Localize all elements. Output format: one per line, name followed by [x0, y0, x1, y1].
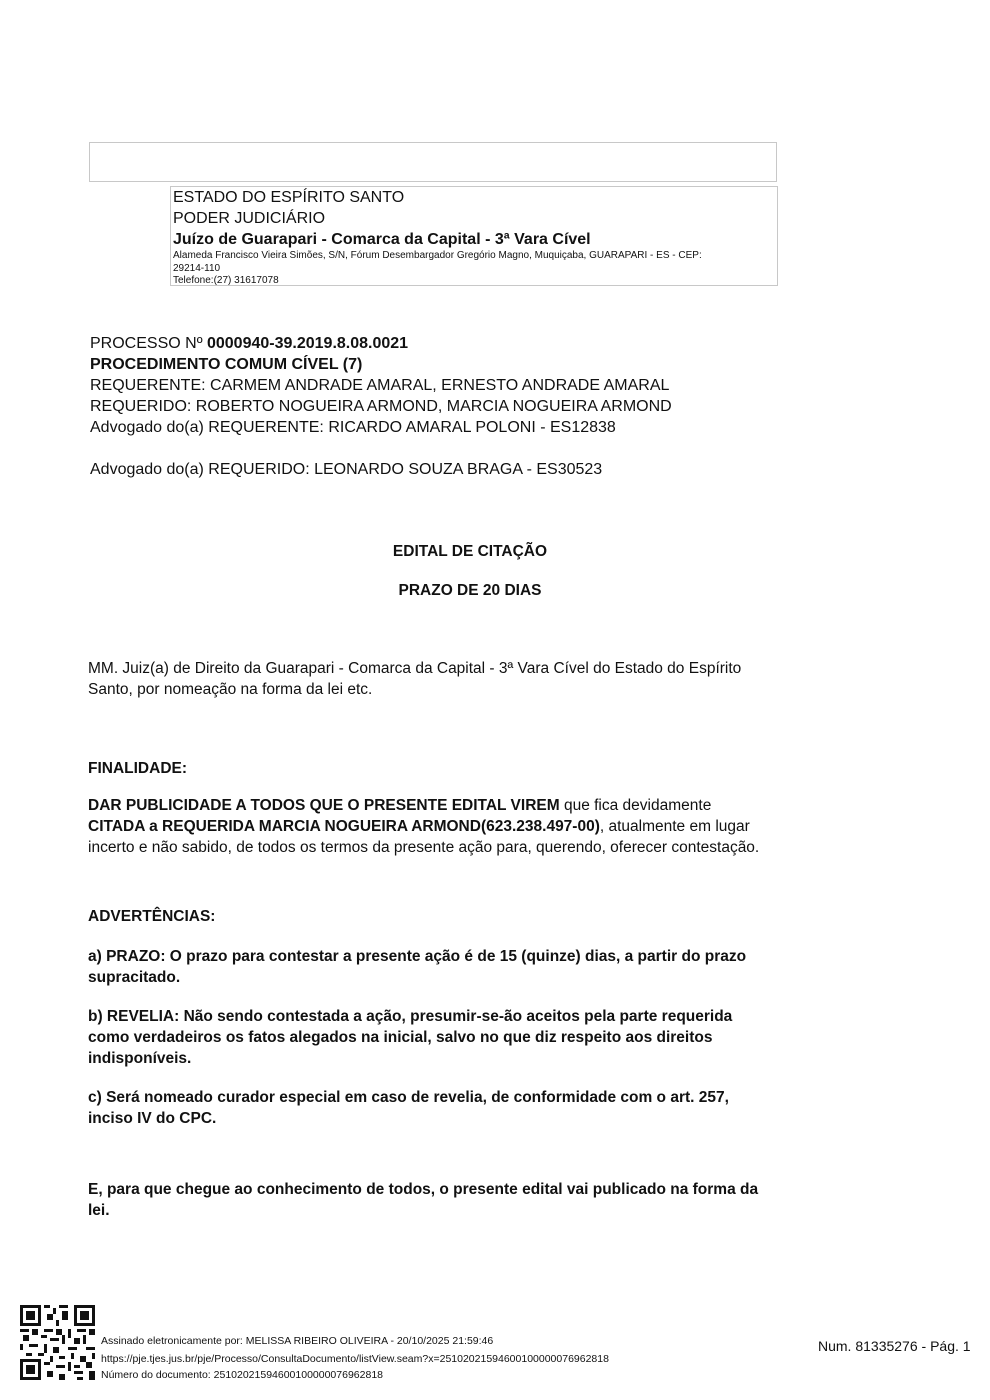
defendants: REQUERIDO: ROBERTO NOGUEIRA ARMOND, MARC… [90, 396, 672, 417]
warning-line: supracitado. [88, 967, 848, 988]
warning-item-b: b) REVELIA: Não sendo contestada a ação,… [88, 1006, 848, 1069]
plaintiff-lawyer: Advogado do(a) REQUERENTE: RICARDO AMARA… [90, 417, 672, 438]
closing-line: lei. [88, 1200, 848, 1221]
closing-line: E, para que chegue ao conhecimento de to… [88, 1179, 848, 1200]
purpose-bold-1: DAR PUBLICIDADE A TODOS QUE O PRESENTE E… [88, 797, 560, 814]
document-number: Número do documento: 2510202159460010000… [101, 1366, 383, 1384]
process-number-label: PROCESSO Nº [90, 335, 207, 352]
deadline-title: PRAZO DE 20 DIAS [0, 582, 940, 600]
warning-line: indisponíveis. [88, 1048, 848, 1069]
warning-item-a: a) PRAZO: O prazo para contestar a prese… [88, 946, 848, 988]
warning-item-c: c) Será nomeado curador especial em caso… [88, 1087, 848, 1129]
purpose-heading: FINALIDADE: [88, 758, 848, 779]
process-info: PROCESSO Nº 0000940-39.2019.8.08.0021 PR… [90, 333, 672, 480]
warning-line: inciso IV do CPC. [88, 1108, 848, 1129]
process-number: 0000940-39.2019.8.08.0021 [207, 335, 408, 352]
purpose-text-3: incerto e não sabido, de todos os termos… [88, 837, 848, 858]
header-top-box [89, 142, 777, 182]
closing-paragraph: E, para que chegue ao conhecimento de to… [88, 1179, 848, 1221]
court-header: ESTADO DO ESPÍRITO SANTO PODER JUDICIÁRI… [170, 186, 778, 286]
signature-info: Assinado eletronicamente por: MELISSA RI… [101, 1332, 493, 1350]
intro-line: MM. Juiz(a) de Direito da Guarapari - Co… [88, 658, 848, 679]
page-number: Num. 81335276 - Pág. 1 [818, 1338, 971, 1354]
state-name: ESTADO DO ESPÍRITO SANTO [173, 187, 775, 208]
court-phone: Telefone:(27) 31617078 [173, 275, 775, 288]
warning-line: como verdadeiros os fatos alegados na in… [88, 1027, 848, 1048]
court-address-line1: Alameda Francisco Vieira Simões, S/N, Fó… [173, 250, 775, 263]
court-name: Juízo de Guarapari - Comarca da Capital … [173, 229, 775, 250]
purpose-bold-2: CITADA a REQUERIDA MARCIA NOGUEIRA ARMON… [88, 818, 600, 835]
intro-line: Santo, por nomeação na forma da lei etc. [88, 679, 848, 700]
plaintiffs: REQUERENTE: CARMEM ANDRADE AMARAL, ERNES… [90, 375, 672, 396]
document-title: EDITAL DE CITAÇÃO [0, 543, 940, 561]
warnings-heading: ADVERTÊNCIAS: [88, 906, 848, 927]
court-address-line2: 29214-110 [173, 263, 775, 276]
warning-line: c) Será nomeado curador especial em caso… [88, 1087, 848, 1108]
purpose-text-2: , atualmente em lugar [600, 818, 750, 835]
warning-line: a) PRAZO: O prazo para contestar a prese… [88, 946, 848, 967]
warning-line: b) REVELIA: Não sendo contestada a ação,… [88, 1006, 848, 1027]
judiciary-name: PODER JUDICIÁRIO [173, 208, 775, 229]
procedure-type: PROCEDIMENTO COMUM CÍVEL (7) [90, 354, 672, 375]
qr-code-icon [20, 1305, 95, 1380]
defendant-lawyer: Advogado do(a) REQUERIDO: LEONARDO SOUZA… [90, 459, 672, 480]
intro-paragraph: MM. Juiz(a) de Direito da Guarapari - Co… [88, 658, 848, 700]
purpose-text-1: que fica devidamente [560, 797, 712, 814]
purpose-paragraph: DAR PUBLICIDADE A TODOS QUE O PRESENTE E… [88, 795, 848, 858]
